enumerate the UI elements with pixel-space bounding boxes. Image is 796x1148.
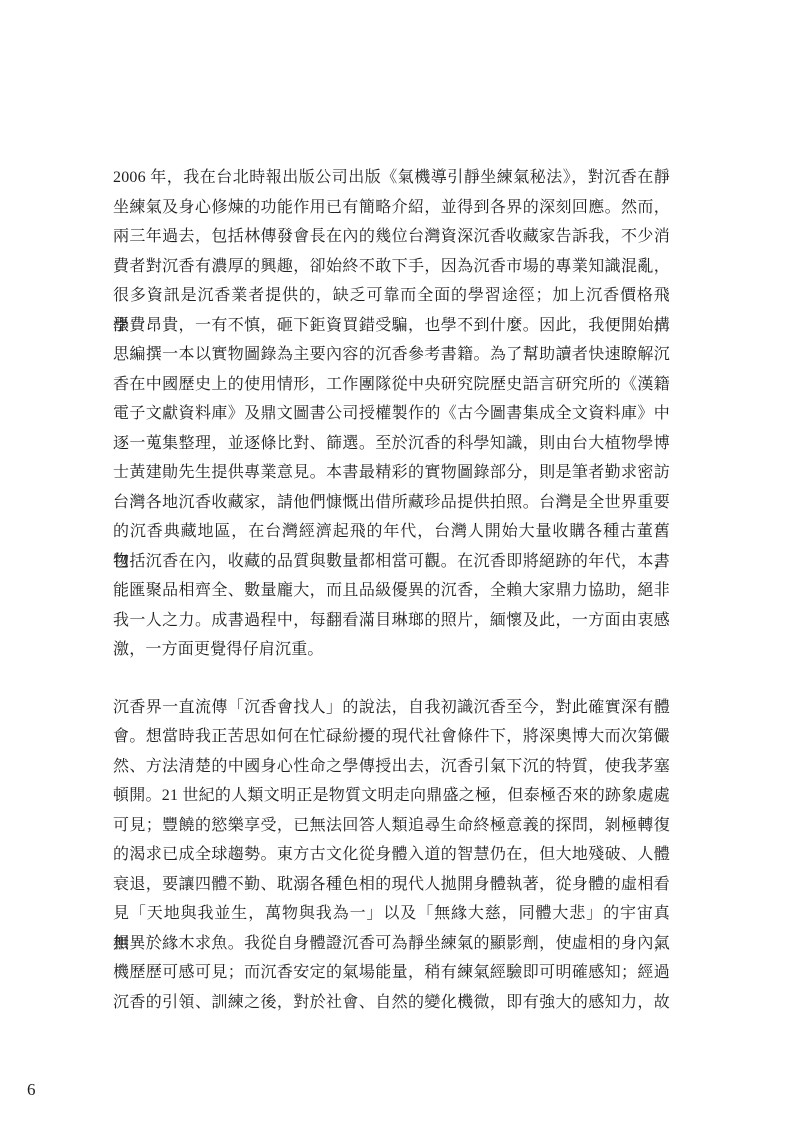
text-line: 包括沉香在內，收藏的品質與數量都相當可觀。在沉香即將絕跡的年代，本書: [113, 547, 670, 577]
text-line: 會。想當時我正苦思如何在忙碌紛擾的現代社會條件下，將深奧博大而次第儼: [113, 722, 670, 752]
text-line: 的渴求已成全球趨勢。東方古文化從身體入道的智慧仍在，但大地殘破、人體: [113, 840, 670, 870]
text-line: 沉香界一直流傳「沉香會找人」的說法，自我初識沉香至今，對此確實深有體: [113, 693, 670, 723]
text-line: 士黃建勛先生提供專業意見。本書最精彩的實物圖錄部分，則是筆者勤求密訪: [113, 458, 670, 488]
text-line: 我一人之力。成書過程中，每翻看滿目琳瑯的照片，緬懷及此，一方面由衷感: [113, 606, 670, 636]
paragraph-2: 沉香界一直流傳「沉香會找人」的說法，自我初識沉香至今，對此確實深有體 會。想當時…: [113, 693, 670, 1018]
paragraph-1: 2006 年，我在台北時報出版公司出版《氣機導引靜坐練氣秘法》，對沉香在靜 坐練…: [113, 163, 670, 665]
page-number: 6: [27, 1078, 36, 1102]
text-line: 電子文獻資料庫》及鼎文圖書公司授權製作的《古今圖書集成全文資料庫》中: [113, 399, 670, 429]
text-line: 思編撰一本以實物圖錄為主要內容的沉香參考書籍。為了幫助讀者快速瞭解沉: [113, 340, 670, 370]
text-line: 2006 年，我在台北時報出版公司出版《氣機導引靜坐練氣秘法》，對沉香在靜: [113, 163, 670, 193]
text-line: 無異於緣木求魚。我從自身體證沉香可為靜坐練氣的顯影劑，使虛相的身內氣: [113, 929, 670, 959]
text-line: 學費昂貴，一有不慎，砸下鉅資買錯受騙，也學不到什麼。因此，我便開始構: [113, 311, 670, 341]
text-line: 衰退，要讓四體不勤、耽溺各種色相的現代人拋開身體執著，從身體的虛相看: [113, 870, 670, 900]
text-line: 台灣各地沉香收藏家，請他們慷慨出借所藏珍品提供拍照。台灣是全世界重要: [113, 488, 670, 518]
book-page: 2006 年，我在台北時報出版公司出版《氣機導引靜坐練氣秘法》，對沉香在靜 坐練…: [0, 0, 796, 1148]
text-line: 很多資訊是沉香業者提供的，缺乏可靠而全面的學習途徑；加上沉香價格飛漲，: [113, 281, 670, 311]
text-line: 機歷歷可感可見；而沉香安定的氣場能量，稍有練氣經驗即可明確感知；經過: [113, 958, 670, 988]
text-line: 兩三年過去，包括林傳發會長在內的幾位台灣資深沉香收藏家告訴我，不少消: [113, 222, 670, 252]
text-line: 然、方法清楚的中國身心性命之學傳授出去，沉香引氣下沉的特質，使我茅塞: [113, 752, 670, 782]
text-line: 沉香的引領、訓練之後，對於社會、自然的變化機微，即有強大的感知力，故: [113, 988, 670, 1018]
text-line: 逐一蒐集整理，並逐條比對、篩選。至於沉香的科學知識，則由台大植物學博: [113, 429, 670, 459]
text-line: 費者對沉香有濃厚的興趣，卻始終不敢下手，因為沉香市場的專業知識混亂，: [113, 252, 670, 282]
text-line: 的沉香典藏地區，在台灣經濟起飛的年代，台灣人開始大量收購各種古董舊物，: [113, 517, 670, 547]
text-line: 能匯聚品相齊全、數量龐大，而且品級優異的沉香，全賴大家鼎力協助，絕非: [113, 576, 670, 606]
text-line: 頓開。21 世紀的人類文明正是物質文明走向鼎盛之極，但泰極否來的跡象處處: [113, 781, 670, 811]
body-text: 2006 年，我在台北時報出版公司出版《氣機導引靜坐練氣秘法》，對沉香在靜 坐練…: [113, 163, 670, 1017]
text-line: 可見；豐饒的慾樂享受，已無法回答人類追尋生命終極意義的探問，剝極轉復: [113, 811, 670, 841]
text-line: 激，一方面更覺得仔肩沉重。: [113, 635, 670, 665]
text-line: 香在中國歷史上的使用情形，工作團隊從中央研究院歷史語言研究所的《漢籍: [113, 370, 670, 400]
text-line: 見「天地與我並生，萬物與我為一」以及「無緣大慈，同體大悲」的宇宙真相，: [113, 899, 670, 929]
text-line: 坐練氣及身心修煉的功能作用已有簡略介紹，並得到各界的深刻回應。然而，: [113, 193, 670, 223]
